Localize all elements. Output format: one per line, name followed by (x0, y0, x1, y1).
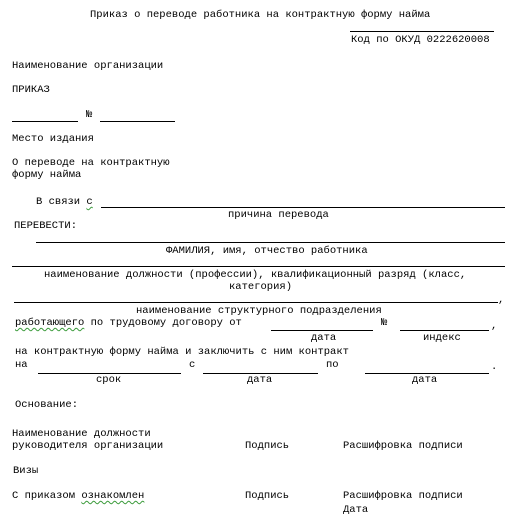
reason-prefix: В связи с (36, 196, 93, 208)
visas-label: Визы (13, 465, 38, 477)
na-label: на (15, 359, 28, 371)
subject-line-2: форму найма (12, 169, 81, 181)
place-label: Место издания (12, 133, 94, 145)
head-position-2: руководителя организации (12, 440, 163, 452)
contract-number-field[interactable] (400, 330, 489, 331)
period: . (491, 361, 497, 373)
position-caption-2: категория) (229, 281, 292, 293)
order-label: ПРИКАЗ (12, 84, 50, 96)
date-label: Дата (343, 504, 368, 516)
position-caption-1: наименование должности (профессии), квал… (44, 269, 466, 281)
acquainted-label: С приказом ознакомлен (12, 490, 144, 502)
okud-code: Код по ОКУД 0222620008 (351, 34, 490, 46)
signature-label-2: Подпись (245, 490, 289, 502)
fio-caption: ФАМИЛИЯ, имя, отчество работника (166, 245, 368, 257)
subject-line-1: О переводе на контрактную (12, 157, 170, 169)
signature-decode-label-2: Расшифровка подписи (343, 490, 463, 502)
number-sign-2: № (381, 317, 387, 329)
document-title: Приказ о переводе работника на контрактн… (90, 9, 430, 21)
order-number-field[interactable] (100, 121, 175, 122)
org-name-label: Наименование организации (12, 60, 163, 72)
contract-line: работающего по трудовому договору от (15, 317, 242, 329)
comma-2: , (491, 320, 497, 332)
po-label: по (326, 359, 339, 371)
department-field[interactable] (14, 302, 498, 303)
number-sign: № (86, 109, 92, 121)
reason-field[interactable] (101, 207, 505, 208)
date-caption-3: дата (412, 374, 437, 386)
contract-date-field[interactable] (271, 330, 373, 331)
order-date-field[interactable] (12, 121, 78, 122)
reason-caption: причина перевода (228, 209, 329, 221)
basis-label: Основание: (15, 399, 78, 411)
signature-decode-label: Расшифровка подписи (343, 440, 463, 452)
okud-line (350, 31, 494, 32)
date-caption-1: дата (311, 332, 336, 344)
head-position-1: Наименование должности (12, 428, 151, 440)
position-field[interactable] (12, 266, 505, 267)
s-label: с (189, 359, 195, 371)
department-caption: наименование структурного подразделения (136, 305, 382, 317)
contract-form-text: на контрактную форму найма и заключить с… (15, 346, 349, 358)
employee-name-field[interactable] (36, 242, 505, 243)
index-caption: индекс (423, 332, 461, 344)
transfer-label: ПЕРЕВЕСТИ: (14, 220, 77, 232)
comma-1: , (498, 294, 504, 306)
date-caption-2: дата (247, 374, 272, 386)
term-caption: срок (96, 374, 121, 386)
signature-label: Подпись (245, 440, 289, 452)
